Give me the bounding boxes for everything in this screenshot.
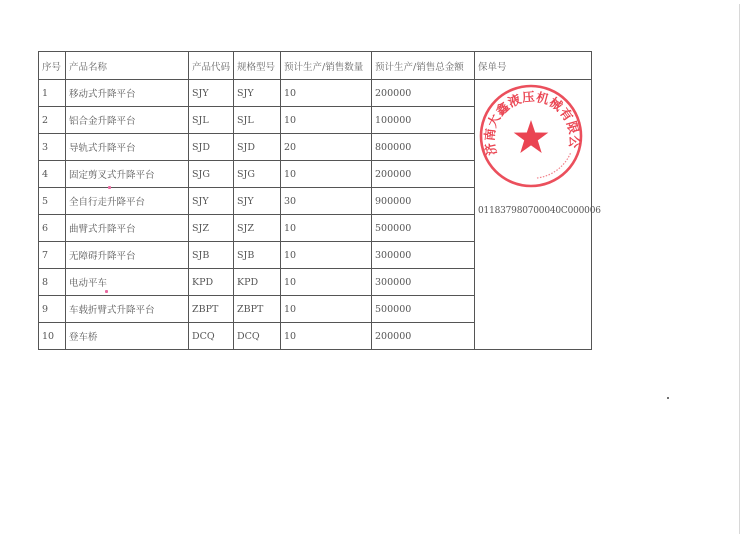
cell-name: 固定剪叉式升降平台 (66, 161, 189, 188)
cell-spec: SJB (234, 242, 281, 269)
product-table: 序号 产品名称 产品代码 规格型号 预计生产/销售数量 预计生产/销售总金额 保… (38, 51, 592, 350)
cell-code: SJY (189, 188, 234, 215)
cell-no: 7 (39, 242, 66, 269)
header-amount: 预计生产/销售总金额 (372, 52, 475, 80)
cell-spec: SJZ (234, 215, 281, 242)
table-header-row: 序号 产品名称 产品代码 规格型号 预计生产/销售数量 预计生产/销售总金额 保… (39, 52, 592, 80)
cell-spec: SJG (234, 161, 281, 188)
cell-spec: SJY (234, 188, 281, 215)
header-policy: 保单号 (475, 52, 592, 80)
cell-qty: 20 (281, 134, 372, 161)
cell-no: 1 (39, 80, 66, 107)
cell-name: 车载折臂式升降平台 (66, 296, 189, 323)
cell-no: 6 (39, 215, 66, 242)
cell-no: 4 (39, 161, 66, 188)
cell-amount: 300000 (372, 242, 475, 269)
cell-code: SJB (189, 242, 234, 269)
policy-number: 011837980700040C000006 (478, 206, 601, 216)
cell-name: 无障碍升降平台 (66, 242, 189, 269)
cell-code: SJZ (189, 215, 234, 242)
cell-spec: SJL (234, 107, 281, 134)
cell-spec: KPD (234, 269, 281, 296)
cell-code: SJG (189, 161, 234, 188)
cell-amount: 500000 (372, 215, 475, 242)
cell-no: 2 (39, 107, 66, 134)
cell-amount: 900000 (372, 188, 475, 215)
cell-no: 3 (39, 134, 66, 161)
cell-amount: 200000 (372, 323, 475, 350)
cell-no: 8 (39, 269, 66, 296)
scan-speck (667, 397, 669, 399)
cell-name: 全自行走升降平台 (66, 188, 189, 215)
header-code: 产品代码 (189, 52, 234, 80)
cell-name: 移动式升降平台 (66, 80, 189, 107)
header-qty: 预计生产/销售数量 (281, 52, 372, 80)
cell-code: SJL (189, 107, 234, 134)
cell-spec: SJD (234, 134, 281, 161)
company-seal: 济南大鑫液压机械有限公司 (477, 82, 585, 190)
cell-qty: 10 (281, 323, 372, 350)
cell-no: 9 (39, 296, 66, 323)
cell-spec: SJY (234, 80, 281, 107)
cell-code: SJY (189, 80, 234, 107)
policy-cell: 济南大鑫液压机械有限公司 011837980700040C000006 (475, 80, 592, 350)
cell-qty: 10 (281, 296, 372, 323)
cell-name: 登车桥 (66, 323, 189, 350)
cell-spec: DCQ (234, 323, 281, 350)
cell-name: 曲臂式升降平台 (66, 215, 189, 242)
table-row: 1 移动式升降平台 SJY SJY 10 200000 济南大鑫液压机械有限公司… (39, 80, 592, 107)
cell-qty: 10 (281, 269, 372, 296)
cell-qty: 10 (281, 161, 372, 188)
cell-amount: 800000 (372, 134, 475, 161)
cell-amount: 200000 (372, 161, 475, 188)
cell-name: 导轨式升降平台 (66, 134, 189, 161)
cell-amount: 300000 (372, 269, 475, 296)
cell-name: 铝合金升降平台 (66, 107, 189, 134)
header-no: 序号 (39, 52, 66, 80)
cell-code: SJD (189, 134, 234, 161)
cell-amount: 200000 (372, 80, 475, 107)
cell-qty: 30 (281, 188, 372, 215)
star-icon (514, 120, 549, 153)
cell-qty: 10 (281, 107, 372, 134)
cell-code: ZBPT (189, 296, 234, 323)
table-body: 1 移动式升降平台 SJY SJY 10 200000 济南大鑫液压机械有限公司… (39, 80, 592, 350)
cell-spec: ZBPT (234, 296, 281, 323)
header-name: 产品名称 (66, 52, 189, 80)
cell-code: DCQ (189, 323, 234, 350)
cell-qty: 10 (281, 80, 372, 107)
cell-code: KPD (189, 269, 234, 296)
cell-no: 10 (39, 323, 66, 350)
ink-mark (108, 186, 111, 189)
cell-amount: 100000 (372, 107, 475, 134)
cell-amount: 500000 (372, 296, 475, 323)
header-spec: 规格型号 (234, 52, 281, 80)
ink-mark (105, 290, 108, 293)
cell-qty: 10 (281, 242, 372, 269)
page-edge (739, 4, 740, 534)
cell-name: 电动平车 (66, 269, 189, 296)
cell-no: 5 (39, 188, 66, 215)
cell-qty: 10 (281, 215, 372, 242)
